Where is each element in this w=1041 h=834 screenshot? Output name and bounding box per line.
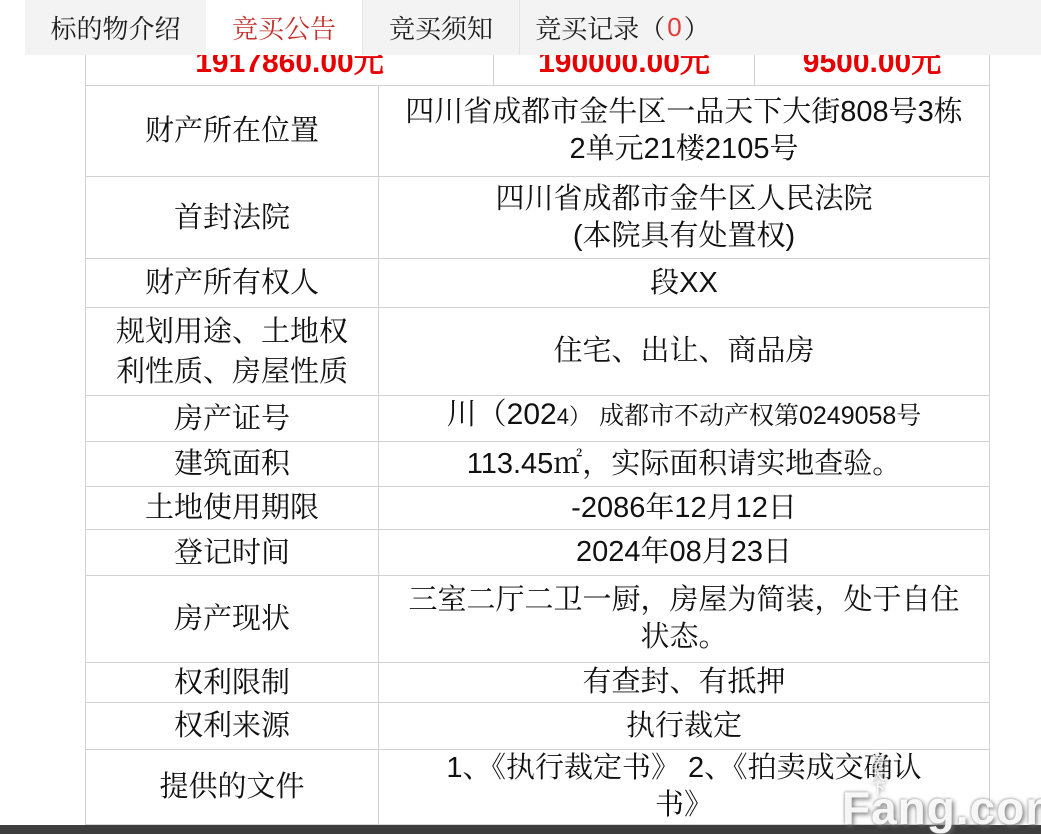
row-label: 财产所有权人 [86,259,379,307]
row-label: 权利限制 [86,663,379,702]
row-label: 规划用途、土地权利性质、房屋性质 [86,308,379,395]
bidding-records-count: 0 [667,12,681,43]
tab-bar: 标的物介绍 竞买公告 竞买须知 竞买记录（ 0 ） [25,0,1041,55]
bottom-divider [0,825,1041,834]
table-row-planned-use: 规划用途、土地权利性质、房屋性质 住宅、出让、商品房 [86,308,989,396]
table-row-land-use-term: 土地使用期限 -2086年12月12日 [86,487,989,530]
table-row-property-location: 财产所在位置 四川省成都市金牛区一品天下大街808号3栋2单元21楼2105号 [86,86,989,177]
row-value: 三室二厅二卫一厨，房屋为简装，处于自住状态。 [379,576,989,662]
row-value: 段XX [379,259,989,307]
row-label: 建筑面积 [86,442,379,486]
table-row-rights-source: 权利来源 执行裁定 [86,703,989,750]
row-label: 登记时间 [86,530,379,575]
row-label: 权利来源 [86,703,379,749]
row-label: 房产现状 [86,576,379,662]
table-row-building-area: 建筑面积 113.45㎡，实际面积请实地查验。 [86,442,989,487]
tab-bidding-records[interactable]: 竞买记录（ 0 ） [519,0,725,55]
table-row-property-owner: 财产所有权人 段XX [86,259,989,308]
row-label: 土地使用期限 [86,487,379,529]
appraisal-price: 1917860.00元 [86,55,493,81]
deposit-cell: 9500.00元 [755,55,989,85]
starting-price: 190000.00元 [494,55,754,81]
tab-bidding-records-prefix: 竞买记录（ [535,9,665,46]
row-value: 四川省成都市金牛区一品天下大街808号3栋2单元21楼2105号 [379,86,989,176]
table-row-registration-date: 登记时间 2024年08月23日 [86,530,989,576]
row-value: 住宅、出让、商品房 [379,308,989,395]
row-value: 1、《执行裁定书》 2、《拍卖成交确认书》 [379,750,989,824]
table-row-provided-documents: 提供的文件 1、《执行裁定书》 2、《拍卖成交确认书》 [86,750,989,825]
row-label: 提供的文件 [86,750,379,824]
row-value: 2024年08月23日 [379,530,989,575]
tab-auction-notice[interactable]: 竞买公告 [206,0,362,55]
table-row-first-seizure-court: 首封法院 四川省成都市金牛区人民法院(本院具有处置权) [86,177,989,259]
table-row-property-cert-number: 房产证号 川（202 4） 成都市不动产权第0249058号 [86,396,989,442]
cert-number-part2: 4） [557,398,591,435]
row-label: 首封法院 [86,177,379,258]
starting-price-cell: 190000.00元 [494,55,755,85]
tab-subject-intro[interactable]: 标的物介绍 [25,0,206,55]
table-row-property-status: 房产现状 三室二厅二卫一厨，房屋为简装，处于自住状态。 [86,576,989,663]
row-value: 113.45㎡，实际面积请实地查验。 [379,442,989,486]
row-value: 有查封、有抵押 [379,663,989,702]
appraisal-price-cell: 1917860.00元 [86,55,494,85]
row-value: 川（202 4） 成都市不动产权第0249058号 [379,396,989,441]
row-value: 执行裁定 [379,703,989,749]
table-row-rights-restriction: 权利限制 有查封、有抵押 [86,663,989,703]
property-table: 1917860.00元 190000.00元 9500.00元 财产所在位置 四… [85,55,990,825]
row-label: 房产证号 [86,396,379,441]
deposit-amount: 9500.00元 [755,55,989,81]
cert-number-part3: 成都市不动产权第0249058号 [599,398,921,435]
row-value: -2086年12月12日 [379,487,989,529]
row-value: 四川省成都市金牛区人民法院(本院具有处置权) [379,177,989,258]
row-label: 财产所在位置 [86,86,379,176]
cert-number-part1: 川（202 [447,396,557,433]
price-row: 1917860.00元 190000.00元 9500.00元 [86,55,989,86]
tab-bidding-records-suffix: ） [684,9,710,46]
tab-bidding-instructions[interactable]: 竞买须知 [362,0,519,55]
